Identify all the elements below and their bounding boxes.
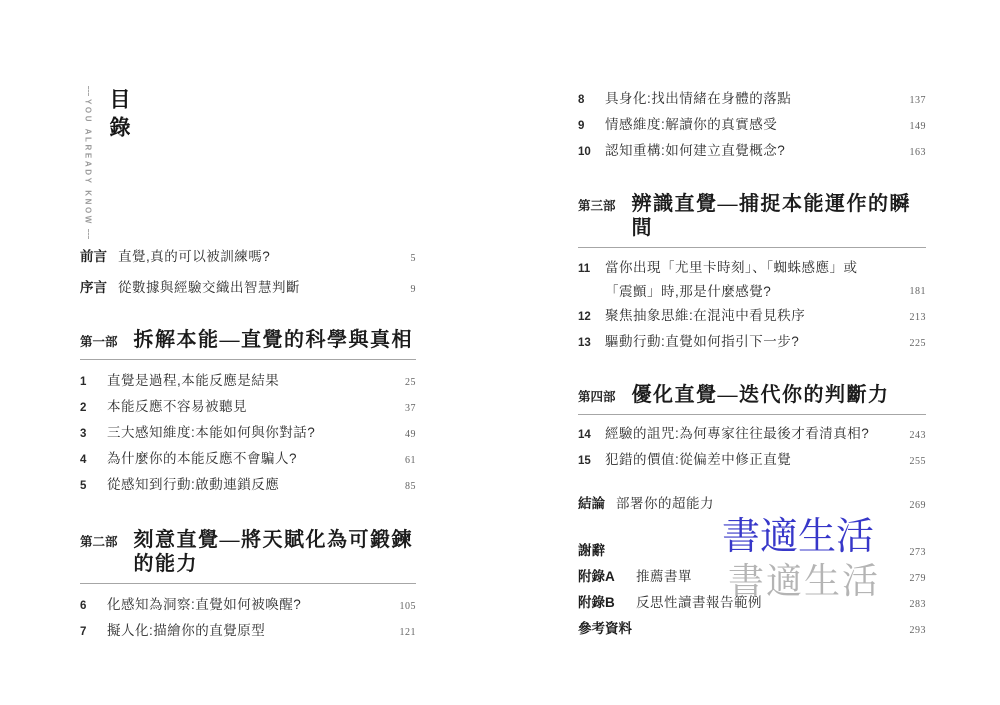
- chapter-title: 驅動行動:直覺如何指引下一步?: [605, 335, 799, 349]
- spine-series-title: YOU ALREADY KNOW: [84, 99, 93, 226]
- chapter-number: 14: [578, 428, 605, 442]
- toc-entry-references: 參考資料 293: [578, 622, 926, 638]
- entry-page-number: 49: [397, 428, 416, 442]
- chapter-title: 經驗的詛咒:為何專家往往最後才看清真相?: [605, 427, 869, 441]
- chapter-title: 三大感知維度:本能如何與你對話?: [107, 426, 315, 440]
- part-label: 第三部: [578, 196, 616, 214]
- entry-title: 推薦書單: [636, 570, 692, 584]
- chapter-number: 6: [80, 599, 107, 613]
- entry-page-number: 269: [902, 499, 927, 513]
- chapter-title: 犯錯的價值:從偏差中修正直覺: [605, 453, 791, 467]
- toc-entry-ch6: 6 化感知為洞察:直覺如何被喚醒? 105: [80, 598, 416, 614]
- chapter-number: 11: [578, 262, 605, 276]
- chapter-title: 認知重構:如何建立直覺概念?: [605, 144, 785, 158]
- entry-page-number: 243: [902, 429, 927, 443]
- entry-page-number: 163: [902, 146, 927, 160]
- toc-entry-ch7: 7 擬人化:描繪你的直覺原型 121: [80, 624, 416, 640]
- toc-entry-conclusion: 結論 部署你的超能力 269: [578, 497, 926, 513]
- chapter-title: 情感維度:解讀你的真實感受: [605, 118, 777, 132]
- chapter-title-line1: 當你出現「尤里卡時刻」、「蜘蛛感應」或: [605, 261, 902, 275]
- entry-page-number: 121: [392, 626, 417, 640]
- chapter-number: 5: [80, 479, 107, 493]
- chapter-number: 13: [578, 336, 605, 350]
- chapter-number: 3: [80, 427, 107, 441]
- chapter-title-line2: 「震顫」時,那是什麼感覺?: [605, 285, 902, 299]
- toc-entry-foreword: 前言 直覺,真的可以被訓練嗎? 5: [80, 250, 416, 266]
- toc-heading: 目錄: [103, 88, 133, 144]
- part-title: 優化直覺—迭代你的判斷力: [632, 383, 890, 407]
- toc-entry-ch5: 5 從感知到行動:啟動連鎖反應 85: [80, 478, 416, 494]
- chapter-title: 具身化:找出情緒在身體的落點: [605, 92, 791, 106]
- chapter-title: 直覺是過程,本能反應是結果: [107, 374, 279, 388]
- part-title: 刻意直覺—將天賦化為可鍛鍊的能力: [134, 528, 416, 576]
- spine-dash-top: [88, 86, 89, 96]
- part-2-heading: 第二部 刻意直覺—將天賦化為可鍛鍊的能力: [80, 528, 416, 584]
- entry-page-number: 61: [397, 454, 416, 468]
- entry-page-number: 9: [403, 283, 417, 297]
- part-2-chapter-list: 6 化感知為洞察:直覺如何被喚醒? 105 7 擬人化:描繪你的直覺原型 121: [80, 598, 416, 640]
- part-label: 第二部: [80, 532, 118, 550]
- entry-page-number: 37: [397, 402, 416, 416]
- entry-label: 附錄B: [578, 596, 636, 610]
- entry-page-number: 225: [902, 337, 927, 351]
- entry-page-number: 255: [902, 455, 927, 469]
- toc-entry-ch3: 3 三大感知維度:本能如何與你對話? 49: [80, 426, 416, 442]
- entry-label: 前言: [80, 250, 118, 264]
- entry-page-number: 273: [902, 546, 927, 560]
- spine-vertical-mark: YOU ALREADY KNOW: [81, 86, 95, 239]
- chapter-number: 9: [578, 119, 605, 133]
- part-label: 第四部: [578, 387, 616, 405]
- part-1-chapter-list: 1 直覺是過程,本能反應是結果 25 2 本能反應不容易被聽見 37 3 三大感…: [80, 374, 416, 494]
- entry-title: 從數據與經驗交織出智慧判斷: [118, 281, 300, 295]
- toc-entry-ch8: 8 具身化:找出情緒在身體的落點 137: [578, 92, 926, 108]
- spine-dash-bottom: [88, 229, 89, 239]
- chapter-title: 為什麼你的本能反應不會騙人?: [107, 452, 297, 466]
- part-1-heading: 第一部 拆解本能—直覺的科學與真相: [80, 328, 416, 360]
- toc-entry-ch15: 15 犯錯的價值:從偏差中修正直覺 255: [578, 453, 926, 469]
- entry-page-number: 293: [902, 624, 927, 638]
- entry-title: 部署你的超能力: [616, 497, 714, 511]
- entry-label: 謝辭: [578, 544, 605, 558]
- chapter-number: 2: [80, 401, 107, 415]
- toc-entry-ch13: 13 驅動行動:直覺如何指引下一步? 225: [578, 335, 926, 351]
- entry-page-number: 283: [902, 598, 927, 612]
- toc-entry-ch1: 1 直覺是過程,本能反應是結果 25: [80, 374, 416, 390]
- toc-entry-ch11: 11 當你出現「尤里卡時刻」、「蜘蛛感應」或 「震顫」時,那是什麼感覺? 181: [578, 261, 926, 299]
- chapter-title: 聚焦抽象思維:在混沌中看見秩序: [605, 309, 805, 323]
- entry-label: 參考資料: [578, 622, 632, 636]
- chapter-number: 4: [80, 453, 107, 467]
- toc-entry-ch14: 14 經驗的詛咒:為何專家往往最後才看清真相? 243: [578, 427, 926, 443]
- entry-label: 附錄A: [578, 570, 636, 584]
- chapter-number: 7: [80, 625, 107, 639]
- chapter-number: 15: [578, 454, 605, 468]
- chapter-number: 10: [578, 145, 605, 159]
- part-4-chapter-list: 14 經驗的詛咒:為何專家往往最後才看清真相? 243 15 犯錯的價值:從偏差…: [578, 427, 926, 469]
- toc-entry-ch10: 10 認知重構:如何建立直覺概念? 163: [578, 144, 926, 160]
- toc-entry-ch9: 9 情感維度:解讀你的真實感受 149: [578, 118, 926, 134]
- chapter-number: 12: [578, 310, 605, 324]
- part-title: 拆解本能—直覺的科學與真相: [134, 328, 414, 352]
- entry-page-number: 105: [392, 600, 417, 614]
- part-label: 第一部: [80, 332, 118, 350]
- entry-page-number: 279: [902, 572, 927, 586]
- entry-page-number: 181: [902, 285, 927, 299]
- part-4-heading: 第四部 優化直覺—迭代你的判斷力: [578, 383, 926, 415]
- chapter-title: 本能反應不容易被聽見: [107, 400, 247, 414]
- watermark-blue: 書適生活: [722, 518, 874, 556]
- toc-entry-preface: 序言 從數據與經驗交織出智慧判斷 9: [80, 281, 416, 297]
- chapter-number: 1: [80, 375, 107, 389]
- chapter-title: 擬人化:描繪你的直覺原型: [107, 624, 265, 638]
- entry-page-number: 85: [397, 480, 416, 494]
- entry-label: 序言: [80, 281, 118, 295]
- entry-page-number: 213: [902, 311, 927, 325]
- left-page-column: 前言 直覺,真的可以被訓練嗎? 5 序言 從數據與經驗交織出智慧判斷 9 第一部…: [80, 250, 416, 650]
- toc-entry-ch12: 12 聚焦抽象思維:在混沌中看見秩序 213: [578, 309, 926, 325]
- chapter-number: 8: [578, 93, 605, 107]
- entry-page-number: 149: [902, 120, 927, 134]
- part-3-chapter-list: 11 當你出現「尤里卡時刻」、「蜘蛛感應」或 「震顫」時,那是什麼感覺? 181…: [578, 261, 926, 351]
- watermark-gray: 書適生活: [728, 563, 880, 599]
- toc-entry-ch2: 2 本能反應不容易被聽見 37: [80, 400, 416, 416]
- entry-label: 結論: [578, 497, 616, 511]
- chapter-title: 化感知為洞察:直覺如何被喚醒?: [107, 598, 301, 612]
- entry-page-number: 5: [403, 252, 417, 266]
- entry-title: 直覺,真的可以被訓練嗎?: [118, 250, 270, 264]
- entry-page-number: 25: [397, 376, 416, 390]
- entry-page-number: 137: [902, 94, 927, 108]
- toc-entry-ch4: 4 為什麼你的本能反應不會騙人? 61: [80, 452, 416, 468]
- part-title: 辨識直覺—捕捉本能運作的瞬間: [632, 192, 926, 240]
- part-3-heading: 第三部 辨識直覺—捕捉本能運作的瞬間: [578, 192, 926, 248]
- chapter-title: 從感知到行動:啟動連鎖反應: [107, 478, 279, 492]
